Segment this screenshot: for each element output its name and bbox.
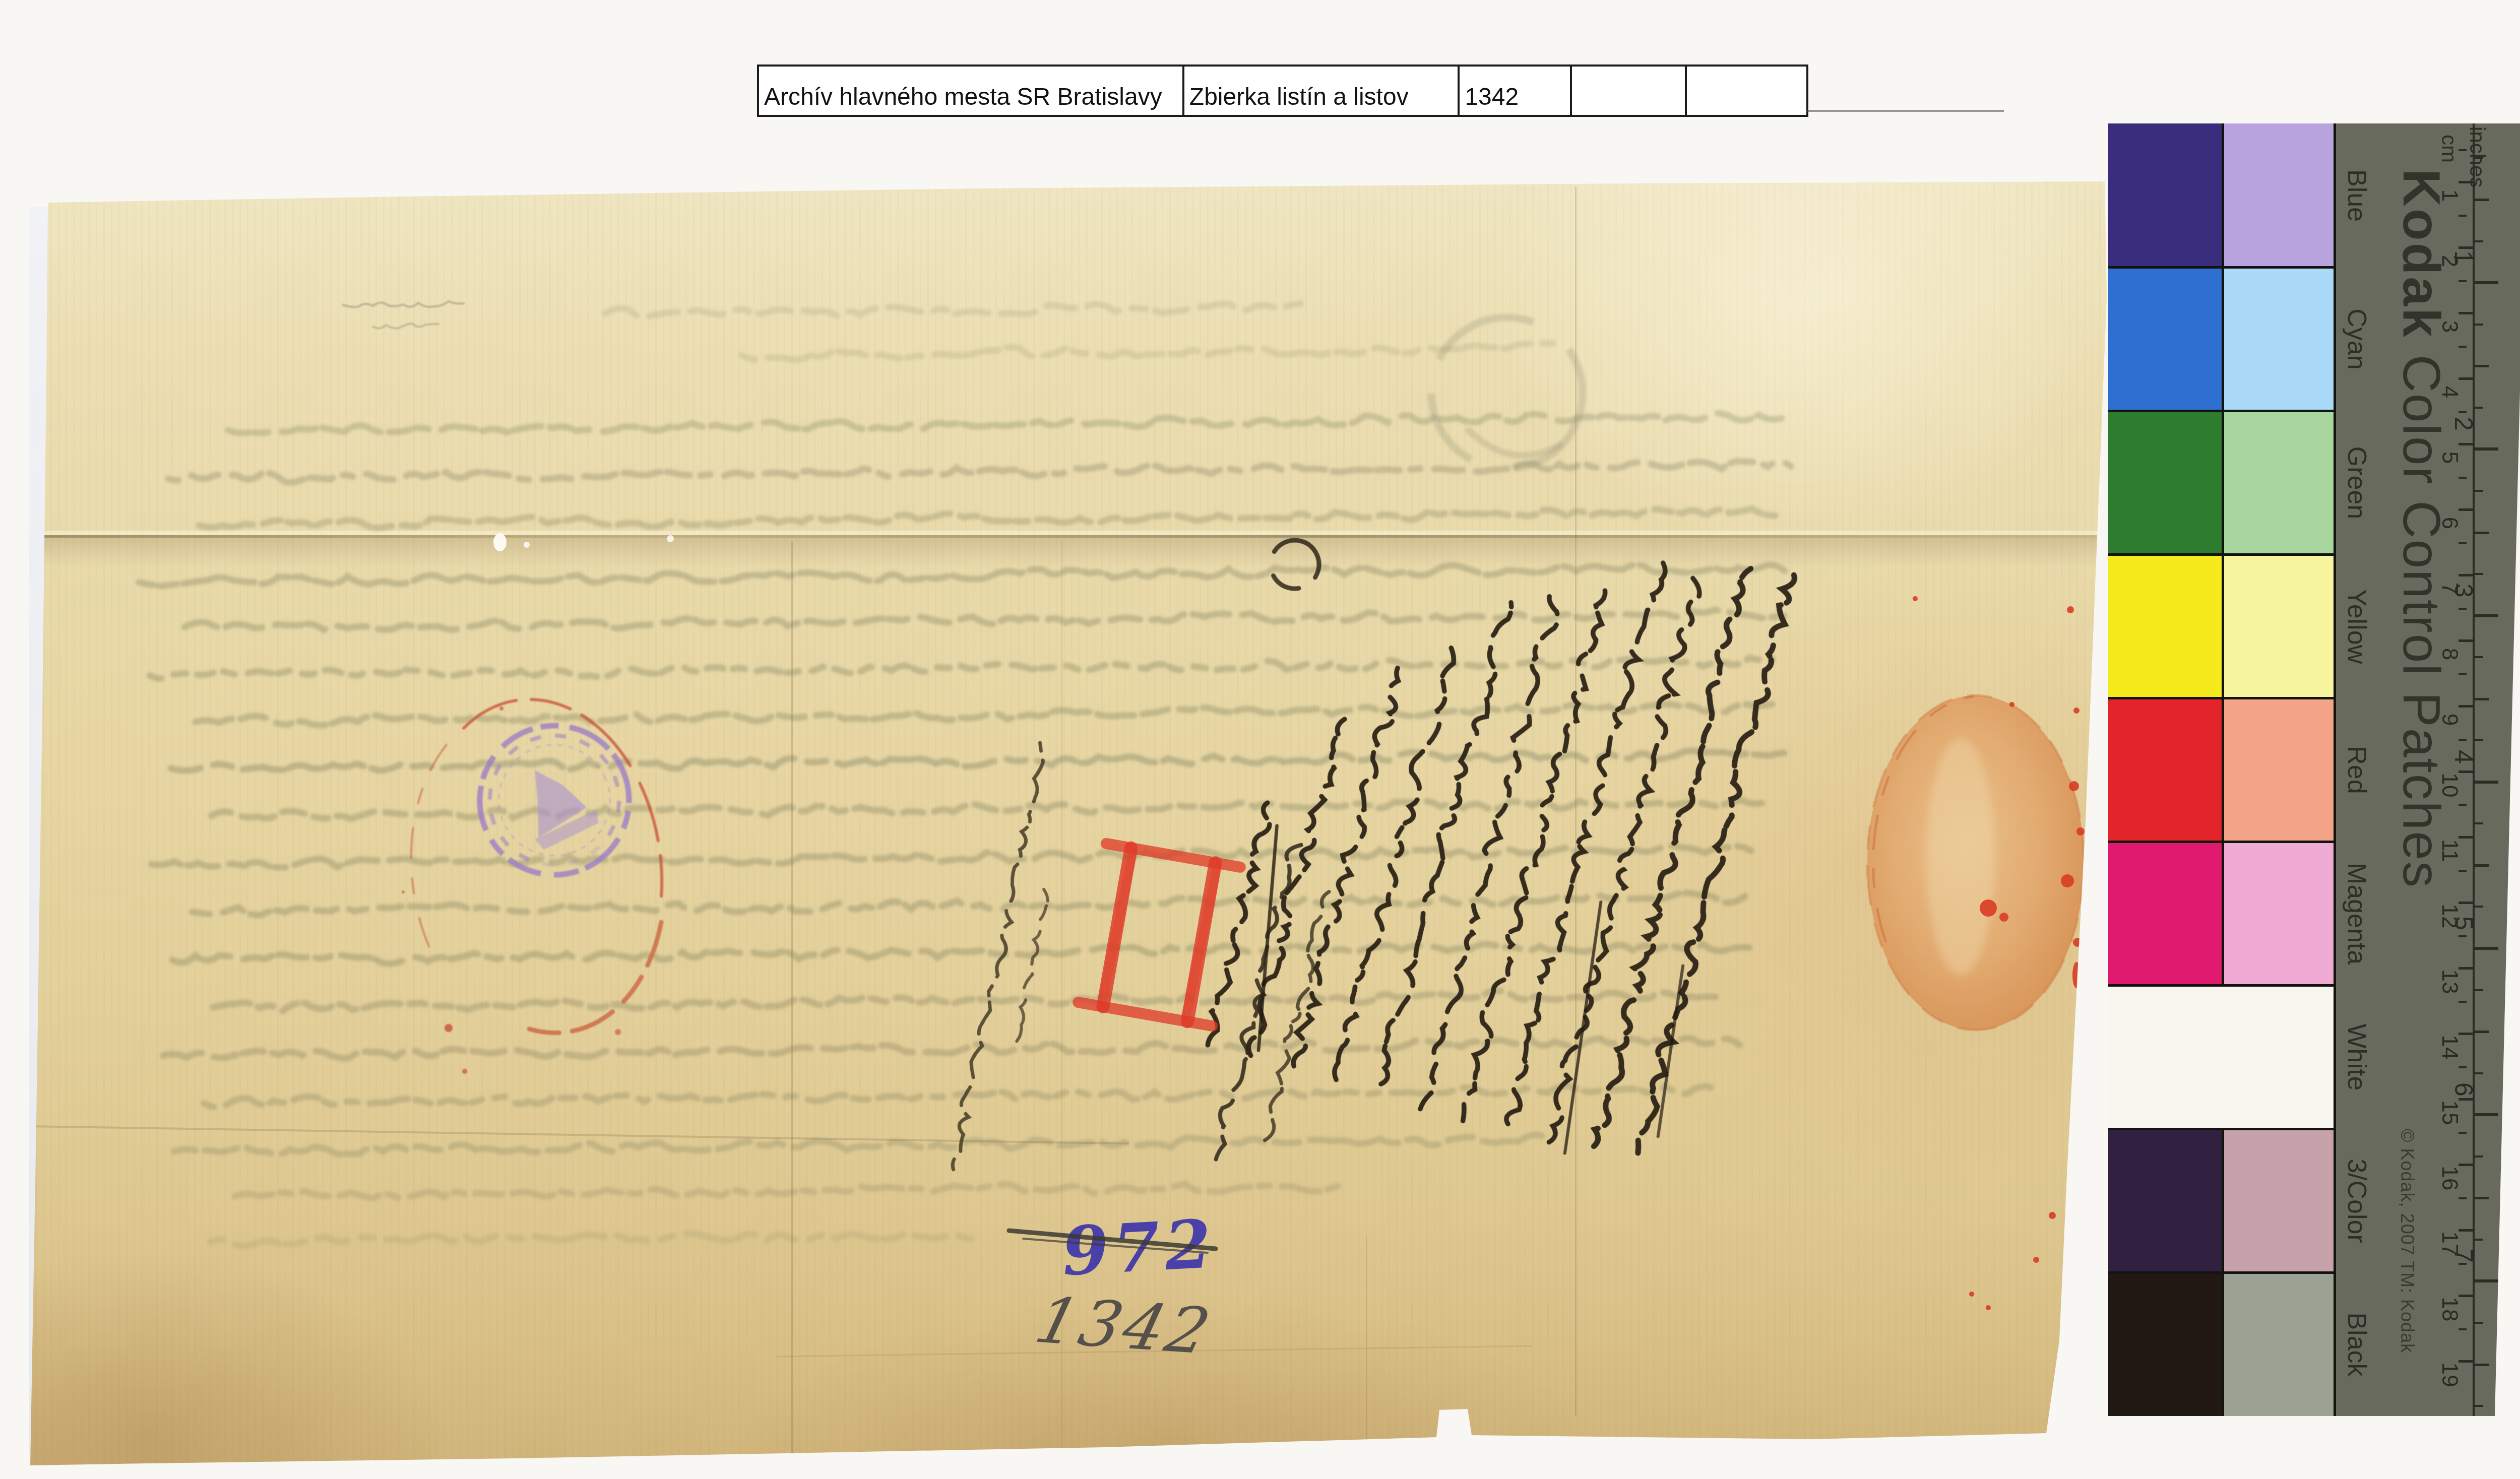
inch-quarter-tick — [2475, 490, 2483, 492]
inch-quarter-tick — [2475, 1239, 2483, 1241]
header-label-table: Archív hlavného mesta SR Bratislavy Zbie… — [757, 65, 1808, 117]
inch-number: 2 — [2449, 401, 2478, 446]
inch-tick — [2475, 1279, 2498, 1282]
inventory-number-1342: 1342 — [1029, 1283, 1220, 1369]
inch-quarter-tick — [2475, 1155, 2483, 1158]
inch-quarter-tick — [2475, 989, 2483, 991]
header-extension-line — [1806, 110, 2004, 112]
inch-number: 4 — [2449, 734, 2478, 780]
cm-number: 19 — [2437, 1352, 2462, 1397]
manuscript-marks: 972 1342 — [20, 176, 2117, 1466]
red-wax-seal-right — [1867, 596, 2085, 1310]
inch-quarter-tick — [2475, 1322, 2483, 1324]
cm-number: 6 — [2437, 500, 2462, 546]
inch-quarter-tick — [2475, 1072, 2483, 1074]
header-cell-empty-2 — [1687, 67, 1806, 115]
number-annotations: 972 1342 — [1009, 1205, 1220, 1368]
cm-number: 14 — [2437, 1024, 2462, 1070]
kodak-color-bar: Kodak Color Control Patches © Kodak, 200… — [2108, 123, 2520, 1416]
inch-half-tick — [2475, 532, 2489, 534]
inch-half-tick — [2475, 1031, 2489, 1033]
bleedthrough-text — [137, 298, 1798, 1247]
ruler: cm inches 123456789101112131415161718191… — [2108, 123, 2520, 1416]
cm-half-tick — [2459, 1132, 2467, 1134]
inch-half-tick — [2475, 1197, 2489, 1199]
archive-stamp — [455, 701, 653, 899]
inch-number: 8 — [2449, 1400, 2478, 1445]
inch-tick — [2475, 947, 2498, 950]
red-seal-trace-left — [402, 699, 662, 1074]
cm-half-tick — [2459, 1001, 2467, 1003]
header-cell-archive: Archív hlavného mesta SR Bratislavy — [759, 67, 1184, 115]
inch-quarter-tick — [2475, 906, 2483, 908]
inch-tick — [2475, 281, 2498, 284]
inch-quarter-tick — [2475, 324, 2483, 326]
cm-half-tick — [2459, 870, 2467, 872]
cm-half-tick — [2459, 215, 2467, 217]
cm-number: 1 — [2437, 173, 2462, 218]
cm-number: 16 — [2437, 1155, 2462, 1201]
inch-tick — [2475, 614, 2498, 617]
cm-number: 11 — [2437, 828, 2462, 873]
inch-half-tick — [2475, 698, 2489, 700]
inch-quarter-tick — [2475, 1405, 2483, 1407]
inch-quarter-tick — [2475, 739, 2483, 741]
inch-number: 1 — [2449, 235, 2478, 280]
bleedthrough-initial — [1431, 317, 1583, 469]
cm-half-tick — [2459, 1328, 2467, 1330]
cm-half-tick — [2459, 346, 2467, 348]
inch-number: 3 — [2449, 568, 2478, 613]
pencil-inscription — [343, 301, 464, 328]
cm-half-tick — [2459, 149, 2467, 151]
main-ink-text — [1142, 443, 1807, 1176]
cm-number: 3 — [2437, 304, 2462, 349]
inch-tick — [2475, 781, 2498, 784]
inch-quarter-tick — [2475, 573, 2483, 575]
inch-half-tick — [2475, 864, 2489, 867]
header-cell-collection: Zbierka listín a listov — [1184, 67, 1460, 115]
inch-quarter-tick — [2475, 656, 2483, 658]
parchment-document: 972 1342 — [20, 176, 2117, 1466]
inch-half-tick — [2475, 1364, 2489, 1366]
inches-label: inches — [2465, 126, 2489, 207]
header-cell-number: 1342 — [1460, 67, 1571, 115]
cm-half-tick — [2459, 673, 2467, 675]
fold-damage-spots — [493, 533, 674, 551]
cm-number: 8 — [2437, 631, 2462, 677]
cm-half-tick — [2459, 804, 2467, 806]
cm-half-tick — [2459, 280, 2467, 282]
inch-quarter-tick — [2475, 822, 2483, 824]
inch-quarter-tick — [2475, 240, 2483, 242]
inch-number: 5 — [2449, 901, 2478, 946]
inch-number: 7 — [2449, 1233, 2478, 1278]
inch-tick — [2475, 447, 2498, 451]
inch-number: 6 — [2449, 1067, 2478, 1112]
header-cell-empty-1 — [1572, 67, 1687, 115]
inch-half-tick — [2475, 365, 2489, 367]
inch-half-tick — [2475, 199, 2489, 201]
scanned-archive-page: Archív hlavného mesta SR Bratislavy Zbie… — [0, 0, 2520, 1479]
cm-half-tick — [2459, 1197, 2467, 1199]
cm-number: 18 — [2437, 1287, 2462, 1332]
inch-tick — [2475, 1446, 2498, 1449]
side-script-date — [1209, 842, 1343, 1171]
cm-half-tick — [2459, 542, 2467, 544]
cm-half-tick — [2459, 477, 2467, 479]
cm-number: 13 — [2437, 959, 2462, 1004]
inch-quarter-tick — [2475, 157, 2483, 159]
inch-quarter-tick — [2475, 407, 2483, 409]
inch-tick — [2475, 1113, 2498, 1116]
